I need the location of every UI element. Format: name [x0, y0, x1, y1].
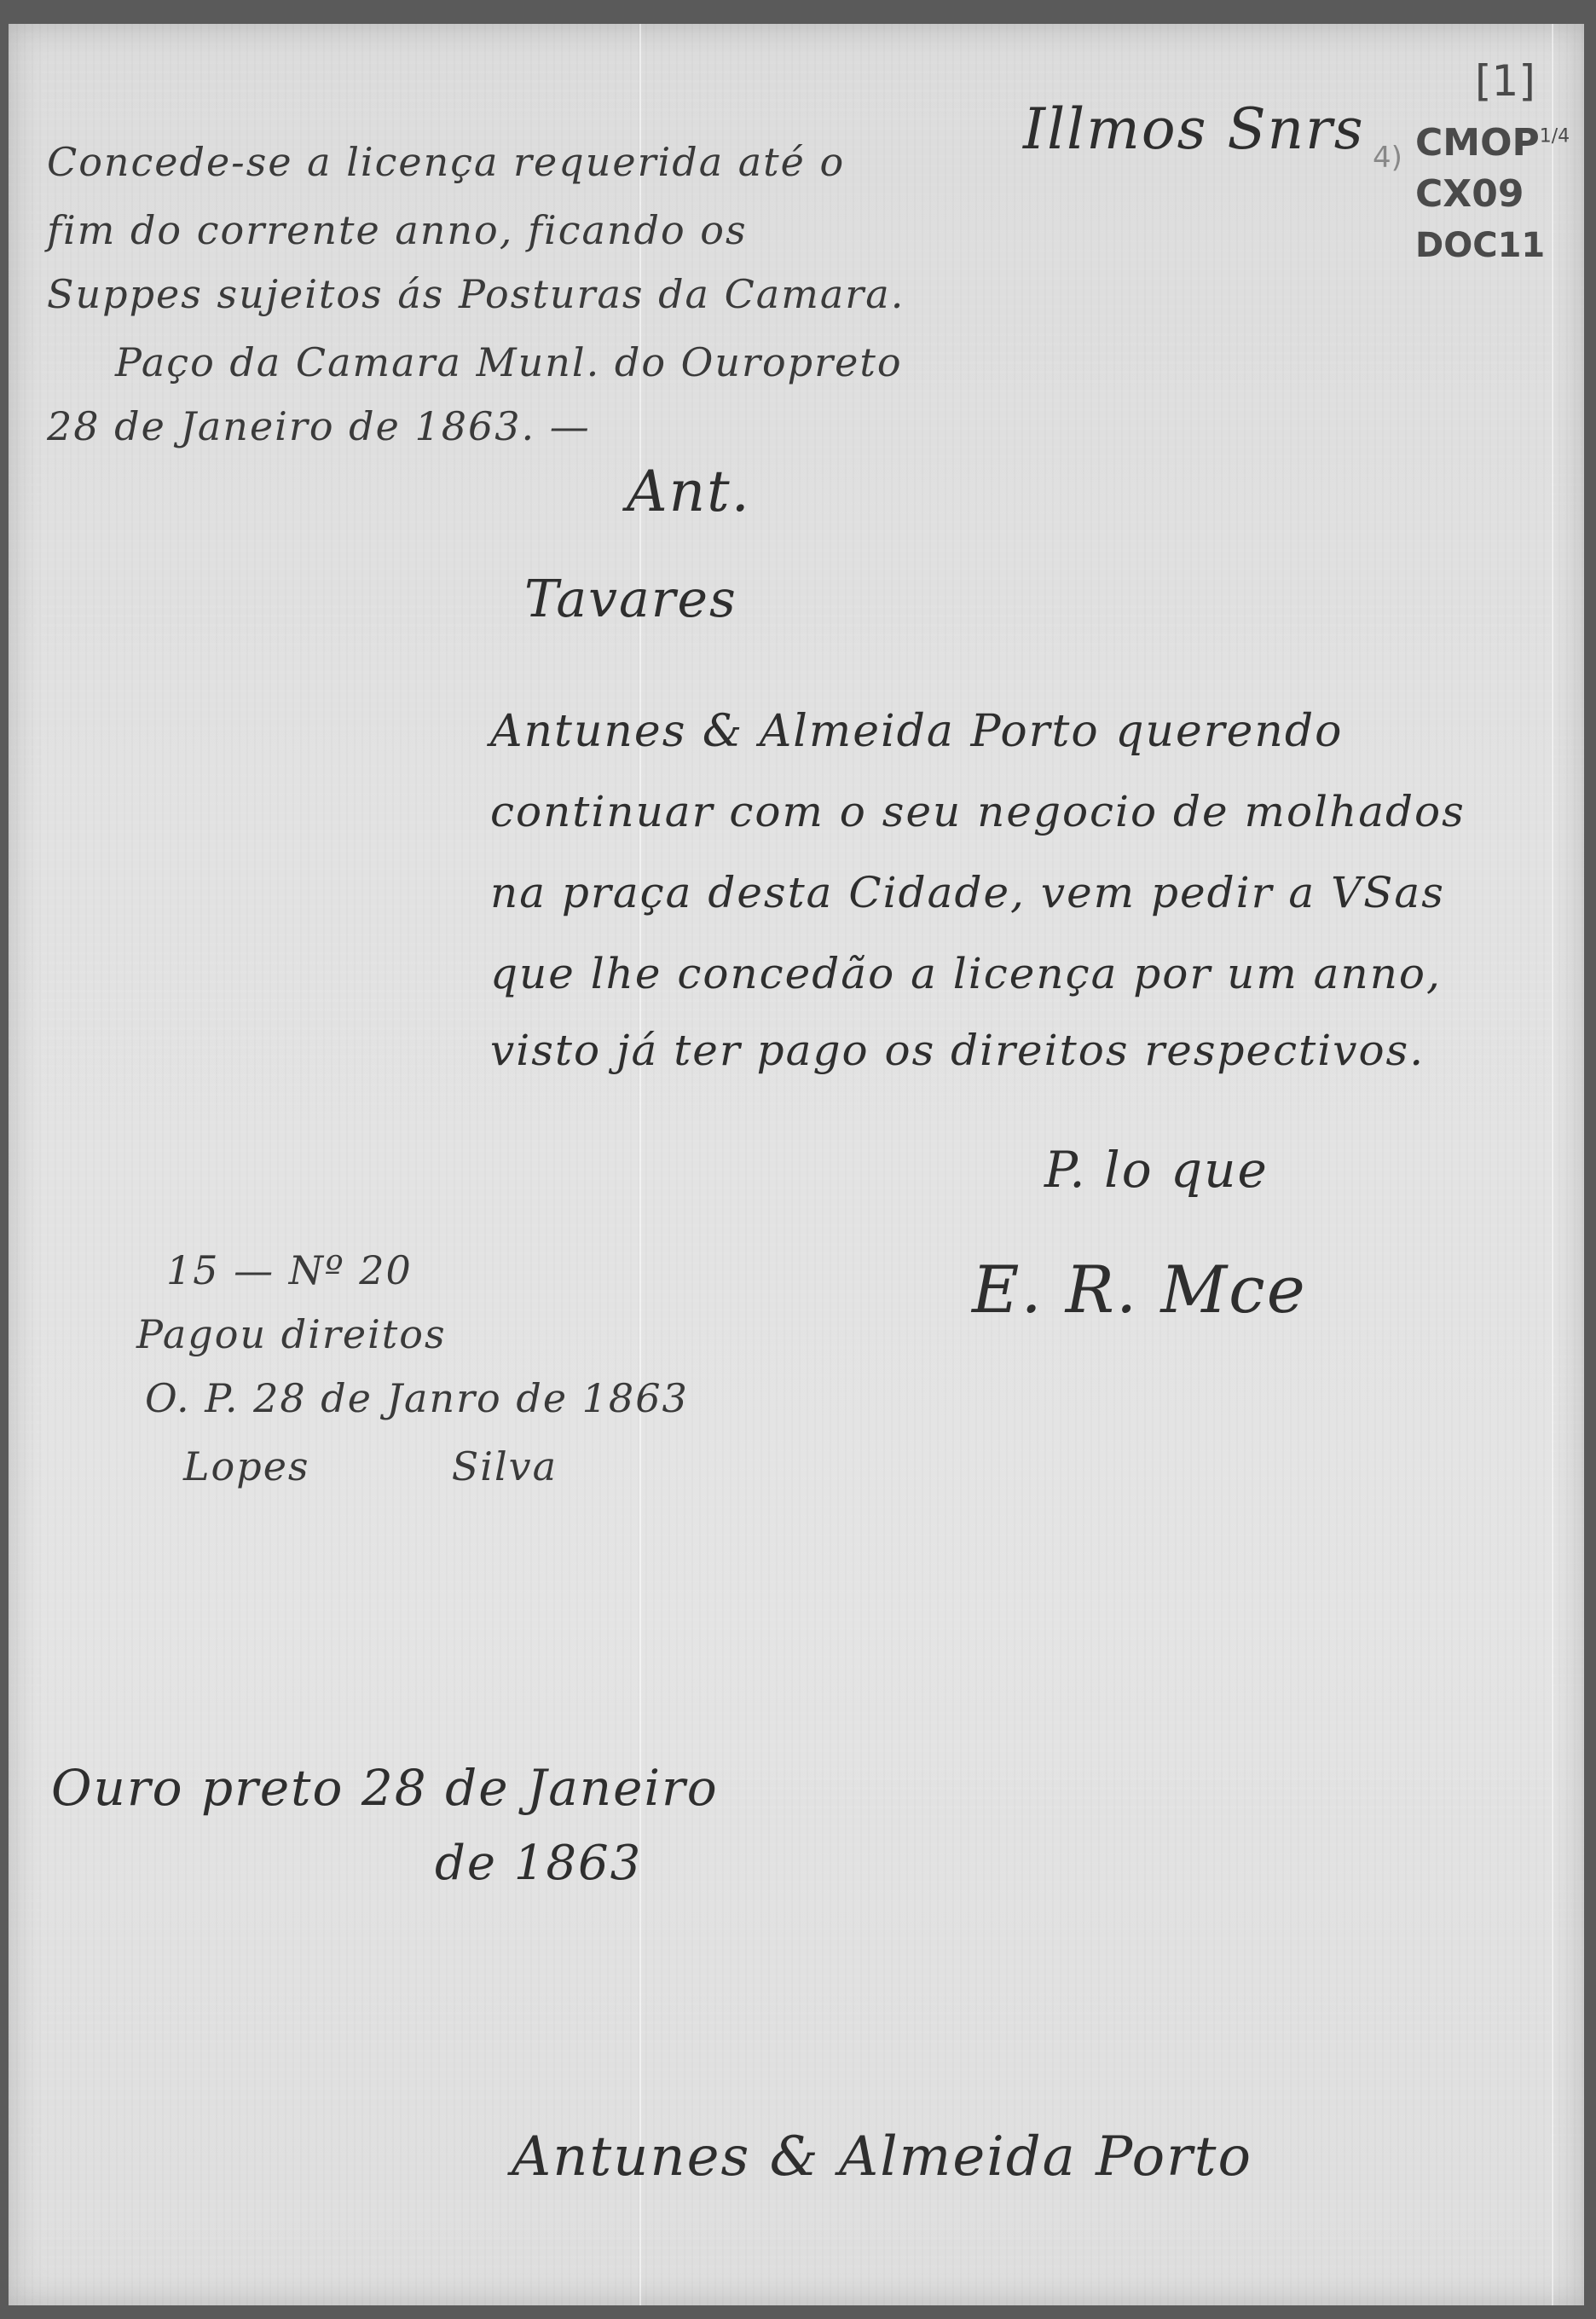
petition-line-2: continuar com o seu negocio de molhados	[490, 787, 1466, 836]
fold-line	[1552, 24, 1553, 2305]
petition-line-3: na praça desta Cidade, vem pedir a VSas	[490, 868, 1445, 917]
collection-superscript: 1/4	[1540, 125, 1570, 147]
payment-line-1: 15 — Nº 20	[166, 1247, 413, 1293]
petitioner-signature: Antunes & Almeida Porto	[512, 2125, 1252, 2189]
dispatch-line-5: 28 de Janeiro de 1863. —	[47, 403, 591, 449]
place-date-line-2: de 1863	[435, 1836, 642, 1891]
dispatch-signature-2: Tavares	[524, 570, 737, 629]
dispatch-line-1: Concede-se a licença requerida até o	[47, 139, 845, 185]
dispatch-signature-1: Ant.	[627, 459, 751, 524]
salutation: Illmos Snrs	[1023, 96, 1365, 162]
dispatch-line-2: fim do corrente anno, ficando os	[47, 207, 748, 253]
collection-code: CMOP	[1415, 121, 1540, 165]
archival-collection: CMOP1/4	[1415, 124, 1570, 162]
place-date-line-1: Ouro preto 28 de Janeiro	[51, 1759, 719, 1817]
manuscript-page: [1] 4) CMOP1/4 CX09 DOC11 Illmos Snrs Co…	[9, 24, 1584, 2305]
dispatch-line-3: Suppes sujeitos ás Posturas da Camara.	[47, 271, 905, 317]
payment-line-3: O. P. 28 de Janro de 1863	[145, 1375, 689, 1421]
petition-line-1: Antunes & Almeida Porto querendo	[490, 706, 1343, 757]
archival-margin-mark: 4)	[1373, 143, 1402, 172]
petition-closing-1: P. lo que	[1044, 1141, 1269, 1199]
archival-doc: DOC11	[1415, 228, 1545, 263]
petition-line-4: que lhe concedão a licença por um anno,	[490, 949, 1442, 998]
archival-box: CX09	[1415, 176, 1524, 213]
archival-folio-number: [1]	[1475, 60, 1535, 102]
petition-closing-2: E. R. Mce	[972, 1252, 1307, 1327]
payment-line-2: Pagou direitos	[136, 1311, 447, 1357]
dispatch-line-4: Paço da Camara Munl. do Ouropreto	[115, 339, 903, 385]
petition-line-5: visto já ter pago os direitos respectivo…	[490, 1026, 1425, 1075]
payment-line-4: Lopes Silva	[183, 1443, 558, 1489]
